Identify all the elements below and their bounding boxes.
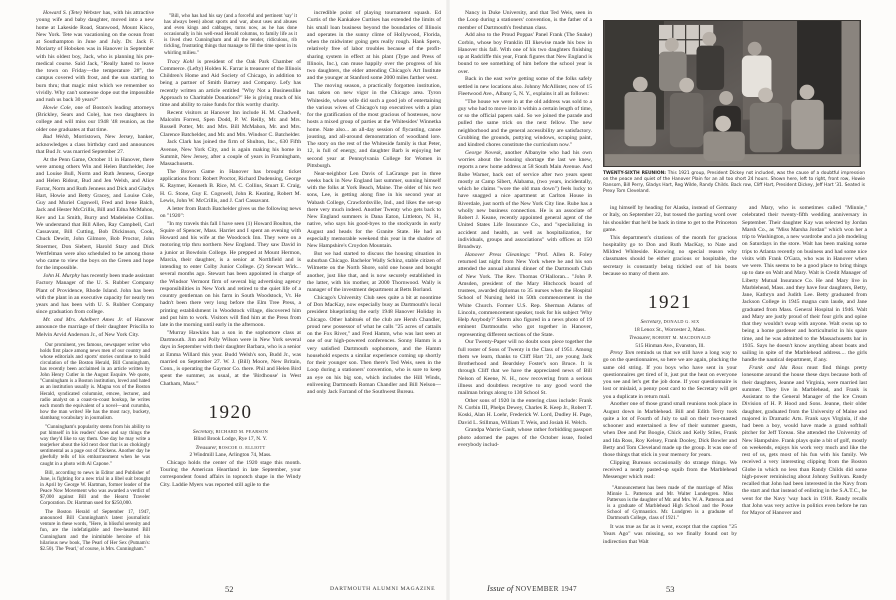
page-gutter xyxy=(446,0,450,600)
paragraph: Jack Clark has joined the firm of Shulto… xyxy=(160,139,301,168)
paragraph: The Brown Game in Hanover has brought ti… xyxy=(160,169,301,205)
paragraph: Chicago's University Club sees quite a b… xyxy=(307,295,441,397)
column-3: incredible point of playing tournament s… xyxy=(307,10,441,580)
paragraph: "In my travels this fall I have seen (1)… xyxy=(160,221,301,330)
quoted-passage: The Boston Herald of September 17, 1947,… xyxy=(40,509,150,552)
quoted-passage: Bill, according to news in Editor and Pu… xyxy=(40,470,150,507)
paragraph: Tracy Kohl is president of the Oak Park … xyxy=(160,59,301,110)
paragraph: Howard S. (Tete) Webster has, with his a… xyxy=(36,10,154,104)
quoted-passage: "Cunningham's popularity stems from his … xyxy=(40,424,150,467)
paragraph: ing himself by heading for Alaska, inste… xyxy=(603,205,737,234)
paragraph: Howie Cole, one of Boston's leading atto… xyxy=(36,105,154,134)
paragraph: But we had started to discuss the housin… xyxy=(307,251,441,295)
treasurer-line: Treasurer, ROBERT M. MACDONALD xyxy=(603,334,737,342)
class-year: 1921 xyxy=(603,292,737,314)
paragraph: and Mary, who is sometimes called "Minni… xyxy=(742,205,867,365)
class-heading-1920: 1920 xyxy=(160,402,301,424)
secretary-address: 18 Lenox St., Worcester 2, Mass. xyxy=(603,327,737,334)
quoted-passage: "Bill, who has had his say (and a forcef… xyxy=(164,13,297,56)
paragraph: Prexy Tom reminds us that we still have … xyxy=(603,350,737,401)
paragraph: Chicago holds the center of the 1920 sta… xyxy=(160,460,301,489)
class-heading-1921: 1921 xyxy=(603,292,737,314)
paragraph: Nancy in Duke University, and that Ted W… xyxy=(458,10,592,32)
paragraph: "Murray Hawkins has a son in the sophomo… xyxy=(160,330,301,388)
paragraph: Near-neighbor Len Davis of LaGrange put … xyxy=(307,171,441,251)
footer-magazine-title: DARTMOUTH ALUMNI MAGAZINE xyxy=(330,586,435,592)
secretary-line: Secretary, DONALD G. SIX xyxy=(603,318,737,326)
paragraph: It was true as far as it went, except th… xyxy=(603,524,737,546)
paragraph: The moving season, a practically forgott… xyxy=(307,83,441,170)
treasurer-address: 515 Hinman Ave., Evanston, Ill. xyxy=(603,343,737,350)
treasurer-line: Treasurer, ROSCOE O. ELLIOTT xyxy=(160,444,301,452)
paragraph: Back in the east we're getting some of t… xyxy=(458,76,592,98)
paragraph: incredible point of playing tournament s… xyxy=(307,10,441,83)
paragraph: John H. Murphy has recently been made as… xyxy=(36,273,154,317)
paragraph: Recent visitors at Hanover Inn include H… xyxy=(160,110,301,139)
paragraph: This department's citations of the month… xyxy=(603,235,737,279)
paragraph: Frank and Ida Ross must find things pret… xyxy=(742,365,867,517)
treasurer-address: 2 Windmill Lane, Arlington 74, Mass. xyxy=(160,452,301,459)
paragraph: Another one of those grand small reunion… xyxy=(603,401,737,459)
paragraph: Add also to the Proud Poppas' Panel Fran… xyxy=(458,32,592,76)
footer-issue-date: Issue of NOVEMBER 1947 xyxy=(487,583,577,593)
paragraph: Bud Welsh, Morristown, New Jersey, banke… xyxy=(36,134,154,156)
paragraph: "The house we were in at the old address… xyxy=(458,99,592,150)
paragraph: Our Twenty-Paper will no doubt soon piec… xyxy=(458,339,592,397)
column-1: Howard S. (Tete) Webster has, with his a… xyxy=(36,10,154,580)
column-6: and Mary, who is sometimes called "Minni… xyxy=(742,205,867,570)
reunion-photo xyxy=(603,20,861,168)
paragraph: George Novesk, another Albanyite who had… xyxy=(458,150,592,252)
class-year: 1920 xyxy=(160,402,301,424)
paragraph: At the Penn Game, October 11 in Hanover,… xyxy=(36,157,154,273)
secretary-address: Blind Brook Lodge, Rye 17, N. Y. xyxy=(160,436,301,443)
quoted-passage: "Announcement has been made of the marri… xyxy=(607,485,733,522)
photo-caption: TWENTY-SIXTH REUNION: This 1921 group, P… xyxy=(603,171,865,195)
paragraph: Other sons of 1920 in the entering class… xyxy=(458,398,592,427)
paragraph: Clipping Bureaus occasionally do strange… xyxy=(603,460,737,482)
paragraph: Grandpa Warrie Gault, whose rather forbi… xyxy=(458,427,592,449)
paragraph: A letter from Batch Batchelder gives us … xyxy=(160,206,301,221)
group-photo-image xyxy=(603,20,861,167)
column-4: Nancy in Duke University, and that Ted W… xyxy=(458,10,592,580)
left-page-number: 52 xyxy=(225,584,234,594)
column-2: "Bill, who has had his say (and a forcef… xyxy=(160,10,301,580)
column-5: ing himself by heading for Alaska, inste… xyxy=(603,205,737,570)
quoted-passage: Our prominent, yes famous, newspaper wri… xyxy=(40,342,150,421)
paragraph: Mr. and Mrs. Adelbert Ames Jr. of Hanove… xyxy=(36,317,154,339)
secretary-line: Secretary, RICHARD M. PEARSON xyxy=(160,428,301,436)
paragraph: Hanover Press Gleanings: "Prof. Allen R.… xyxy=(458,252,592,339)
right-page-number: 53 xyxy=(666,584,675,594)
